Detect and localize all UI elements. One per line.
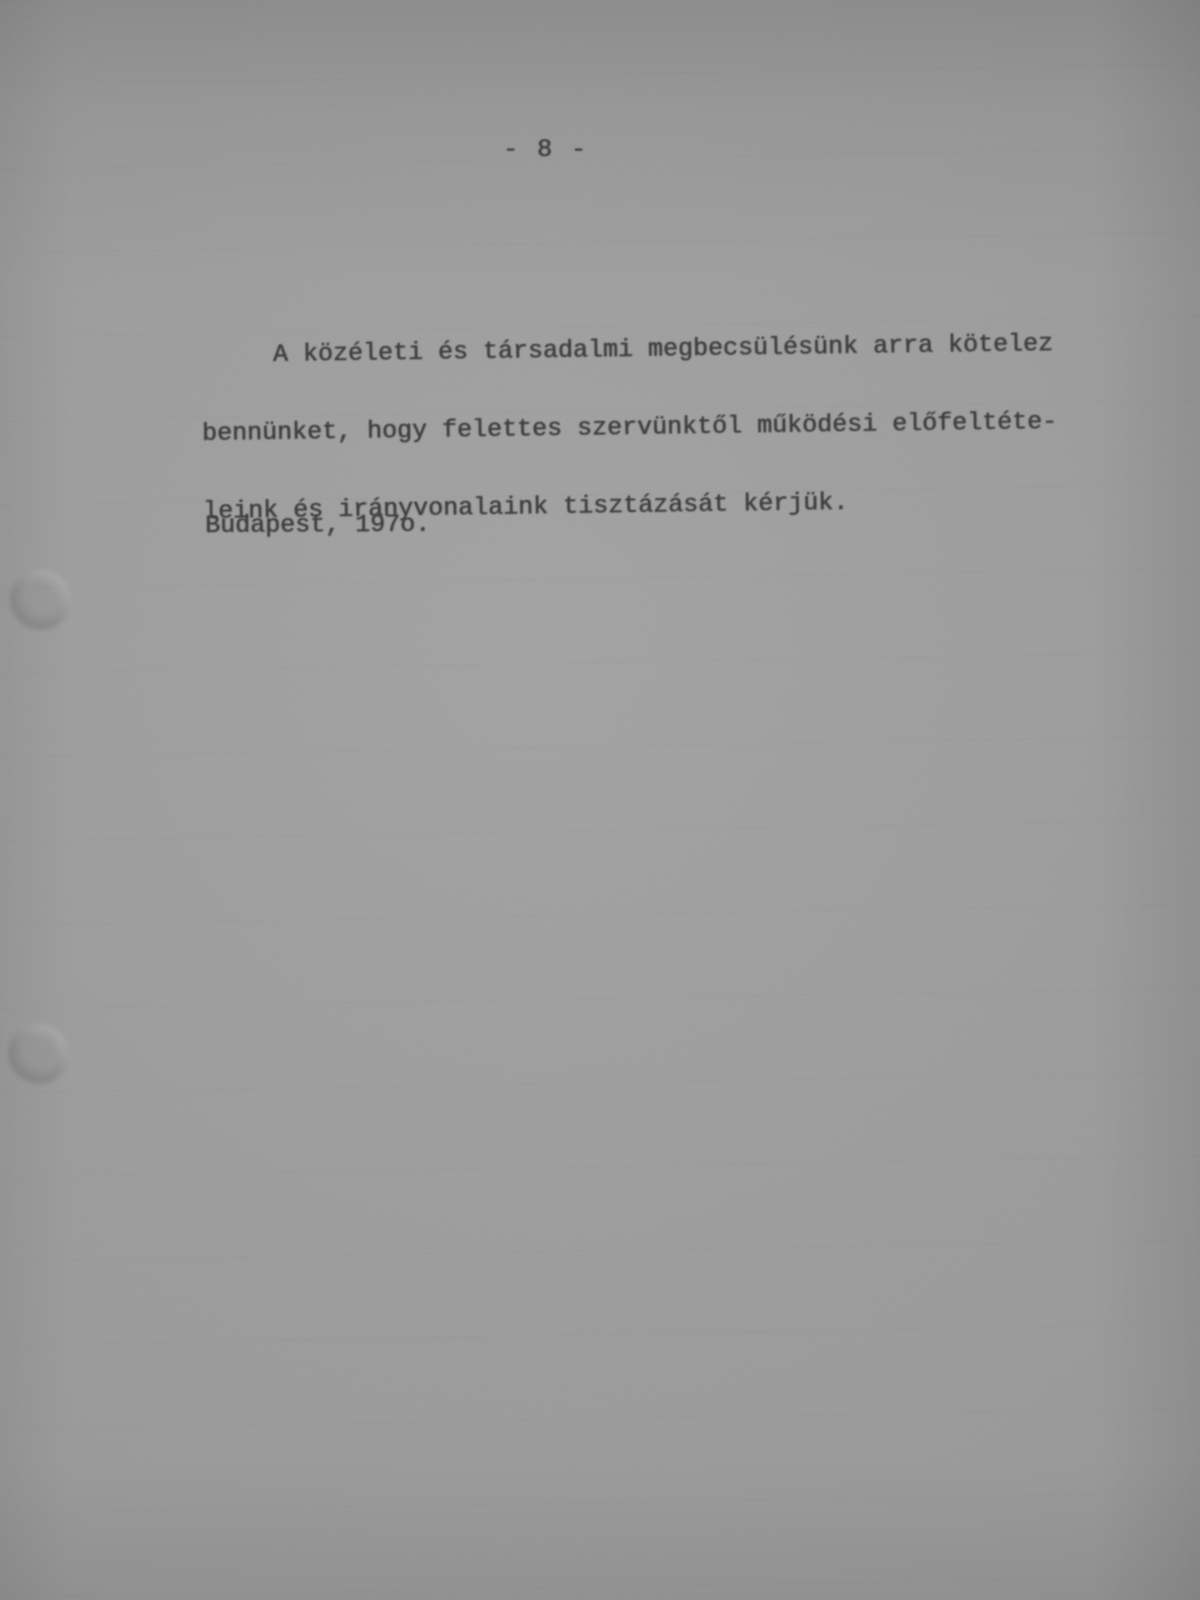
page-number: - 8 - [503, 135, 588, 164]
paragraph-line: bennünket, hogy felettes szervünktől műk… [202, 409, 1057, 447]
dateline: Budapest, 197o. [205, 510, 430, 540]
hole-punch-top [10, 568, 72, 630]
hole-punch-bottom [8, 1022, 70, 1084]
paragraph-line: A közéleti és társadalmi megbecsülésünk … [201, 331, 1056, 369]
document-photo: - 8 - A közéleti és társadalmi megbecsül… [0, 0, 1200, 1600]
film-grain-overlay [0, 0, 1200, 1600]
photo-vignette [0, 0, 1200, 1600]
